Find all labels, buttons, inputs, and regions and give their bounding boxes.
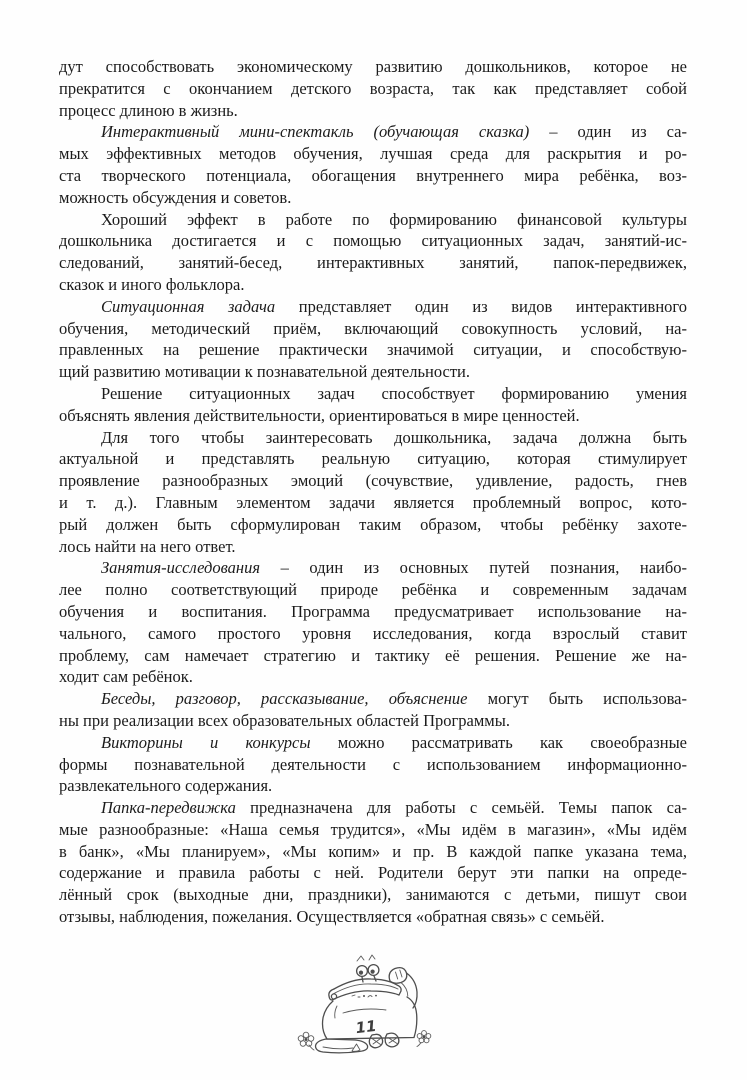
text-run: объяснять явления действительности, орие…	[59, 406, 580, 425]
paragraph: Для того чтобы заинтересовать дошкольник…	[59, 427, 687, 558]
text-line: актуальной и представлять реальную ситуа…	[59, 448, 687, 470]
text-run: обучения и воспитания. Программа предусм…	[59, 602, 687, 621]
text-run: актуальной и представлять реальную ситуа…	[59, 449, 687, 468]
text-line: лённый срок (выходные дни, праздники), з…	[59, 884, 687, 906]
pebble-icon	[316, 1039, 368, 1053]
paragraph: Хороший эффект в работе по формированию …	[59, 209, 687, 296]
text-line: проявление разнообразных эмоций (сочувст…	[59, 470, 687, 492]
italic-term: Викторины и конкурсы	[101, 733, 311, 752]
text-line: содержание и правила работы с ней. Родит…	[59, 862, 687, 884]
italic-term: Беседы, разговор, рассказывание, объясне…	[101, 689, 467, 708]
paragraph: Занятия-исследования – один из основных …	[59, 557, 687, 688]
paragraph: Викторины и конкурсы можно рассматривать…	[59, 732, 687, 797]
italic-term: Ситуационная задача	[101, 297, 275, 316]
text-line: объяснять явления действительности, орие…	[59, 405, 687, 427]
coin-purse-sketch: 11	[293, 950, 443, 1062]
text-run: содержание и правила работы с ней. Родит…	[59, 863, 687, 882]
text-run: Для того чтобы заинтересовать дошкольник…	[101, 428, 687, 447]
text-line: дошкольника достигается и с помощью ситу…	[59, 230, 687, 252]
text-run: мые разнообразные: «Наша семья трудится»…	[59, 820, 687, 839]
text-run: лось найти на него ответ.	[59, 537, 236, 556]
italic-term: Интерактивный мини-спектакль (обучающая …	[101, 122, 529, 141]
paragraph: Ситуационная задача представляет один из…	[59, 296, 687, 383]
text-run: дут способствовать экономическому развит…	[59, 57, 687, 76]
text-line: Ситуационная задача представляет один из…	[59, 296, 687, 318]
sneakers-icon	[369, 1033, 399, 1048]
text-run: проблему, сам намечает стратегию и такти…	[59, 646, 687, 665]
text-line: процесс длиною в жизнь.	[59, 100, 687, 122]
flower-right-icon	[417, 1031, 431, 1047]
text-run: ста творческого потенциала, обогащения в…	[59, 166, 687, 185]
text-run: развлекательного содержания.	[59, 776, 272, 795]
text-line: правленных на решение практически значим…	[59, 339, 687, 361]
text-line: проблему, сам намечает стратегию и такти…	[59, 645, 687, 667]
text-run: чального, самого простого уровня исследо…	[59, 624, 687, 643]
text-run: рый должен быть сформулирован таким обра…	[59, 515, 687, 534]
text-line: щий развитию мотивации к познавательной …	[59, 361, 687, 383]
paragraph: Интерактивный мини-спектакль (обучающая …	[59, 121, 687, 208]
italic-term: Папка-передвижка	[101, 798, 236, 817]
paragraph: Решение ситуационных задач способствует …	[59, 383, 687, 427]
italic-term: Занятия-исследования	[101, 558, 260, 577]
text-line: прекратится с окончанием детского возрас…	[59, 78, 687, 100]
text-line: можность обсуждения и советов.	[59, 187, 687, 209]
page-background: дут способствовать экономическому развит…	[0, 0, 747, 1080]
text-line: в банк», «Мы планируем», «Мы копим» и пр…	[59, 841, 687, 863]
text-run: ходит сам ребёнок.	[59, 667, 193, 686]
text-run: процесс длиною в жизнь.	[59, 101, 238, 120]
text-line: следований, занятий-бесед, интерактивных…	[59, 252, 687, 274]
paragraph: Папка-передвижка предназначена для работ…	[59, 797, 687, 928]
text-run: дошкольника достигается и с помощью ситу…	[59, 231, 687, 250]
text-run: – один из са-	[529, 122, 687, 141]
paragraph: Беседы, разговор, рассказывание, объясне…	[59, 688, 687, 732]
text-line: Папка-передвижка предназначена для работ…	[59, 797, 687, 819]
scanned-book-page: { "page": { "kind": "scanned book page (…	[0, 0, 747, 1080]
text-line: Решение ситуационных задач способствует …	[59, 383, 687, 405]
text-line: сказок и иного фольклора.	[59, 274, 687, 296]
text-run: Хороший эффект в работе по формированию …	[101, 210, 687, 229]
text-line: обучения, методический приём, включающий…	[59, 318, 687, 340]
text-line: и т. д.). Главным элементом задачи являе…	[59, 492, 687, 514]
text-run: проявление разнообразных эмоций (сочувст…	[59, 471, 687, 490]
text-line: Интерактивный мини-спектакль (обучающая …	[59, 121, 687, 143]
text-line: Викторины и конкурсы можно рассматривать…	[59, 732, 687, 754]
text-line: формы познавательной деятельности с испо…	[59, 754, 687, 776]
text-run: – один из основных путей познания, наибо…	[260, 558, 687, 577]
text-line: рый должен быть сформулирован таким обра…	[59, 514, 687, 536]
text-run: формы познавательной деятельности с испо…	[59, 755, 687, 774]
text-line: Занятия-исследования – один из основных …	[59, 557, 687, 579]
text-line: ны при реализации всех образовательных о…	[59, 710, 687, 732]
text-run: прекратится с окончанием детского возрас…	[59, 79, 687, 98]
text-line: ста творческого потенциала, обогащения в…	[59, 165, 687, 187]
text-line: Хороший эффект в работе по формированию …	[59, 209, 687, 231]
text-run: отзывы, наблюдения, пожелания. Осуществл…	[59, 907, 604, 926]
flower-left-icon	[298, 1032, 314, 1050]
text-run: обучения, методический приём, включающий…	[59, 319, 687, 338]
text-run: Решение ситуационных задач способствует …	[101, 384, 687, 403]
text-run: лённый срок (выходные дни, праздники), з…	[59, 885, 687, 904]
text-line: чального, самого простого уровня исследо…	[59, 623, 687, 645]
text-run: можно рассматривать как своеобразные	[311, 733, 687, 752]
text-run: правленных на решение практически значим…	[59, 340, 687, 359]
text-line: отзывы, наблюдения, пожелания. Осуществл…	[59, 906, 687, 928]
text-line: дут способствовать экономическому развит…	[59, 56, 687, 78]
text-line: обучения и воспитания. Программа предусм…	[59, 601, 687, 623]
text-line: Беседы, разговор, рассказывание, объясне…	[59, 688, 687, 710]
text-line: Для того чтобы заинтересовать дошкольник…	[59, 427, 687, 449]
text-line: мые разнообразные: «Наша семья трудится»…	[59, 819, 687, 841]
text-run: ны при реализации всех образовательных о…	[59, 711, 510, 730]
text-line: ходит сам ребёнок.	[59, 666, 687, 688]
text-run: следований, занятий-бесед, интерактивных…	[59, 253, 687, 272]
text-line: лось найти на него ответ.	[59, 536, 687, 558]
text-block: дут способствовать экономическому развит…	[59, 56, 687, 928]
text-run: щий развитию мотивации к познавательной …	[59, 362, 470, 381]
text-run: можность обсуждения и советов.	[59, 188, 291, 207]
paragraph: дут способствовать экономическому развит…	[59, 56, 687, 121]
coin-purse-illustration: 11	[293, 950, 443, 1062]
text-run: могут быть использова-	[467, 689, 687, 708]
text-line: лее полно соответствующий природе ребёнк…	[59, 579, 687, 601]
text-line: мых эффективных методов обучения, лучшая…	[59, 143, 687, 165]
text-run: предназначена для работы с семьёй. Темы …	[236, 798, 687, 817]
text-run: в банк», «Мы планируем», «Мы копим» и пр…	[59, 842, 687, 861]
text-run: сказок и иного фольклора.	[59, 275, 245, 294]
text-line: развлекательного содержания.	[59, 775, 687, 797]
text-run: представляет один из видов интерактивног…	[275, 297, 687, 316]
eyebrows-icon	[357, 955, 375, 961]
text-run: лее полно соответствующий природе ребёнк…	[59, 580, 687, 599]
text-run: мых эффективных методов обучения, лучшая…	[59, 144, 687, 163]
text-run: и т. д.). Главным элементом задачи являе…	[59, 493, 687, 512]
